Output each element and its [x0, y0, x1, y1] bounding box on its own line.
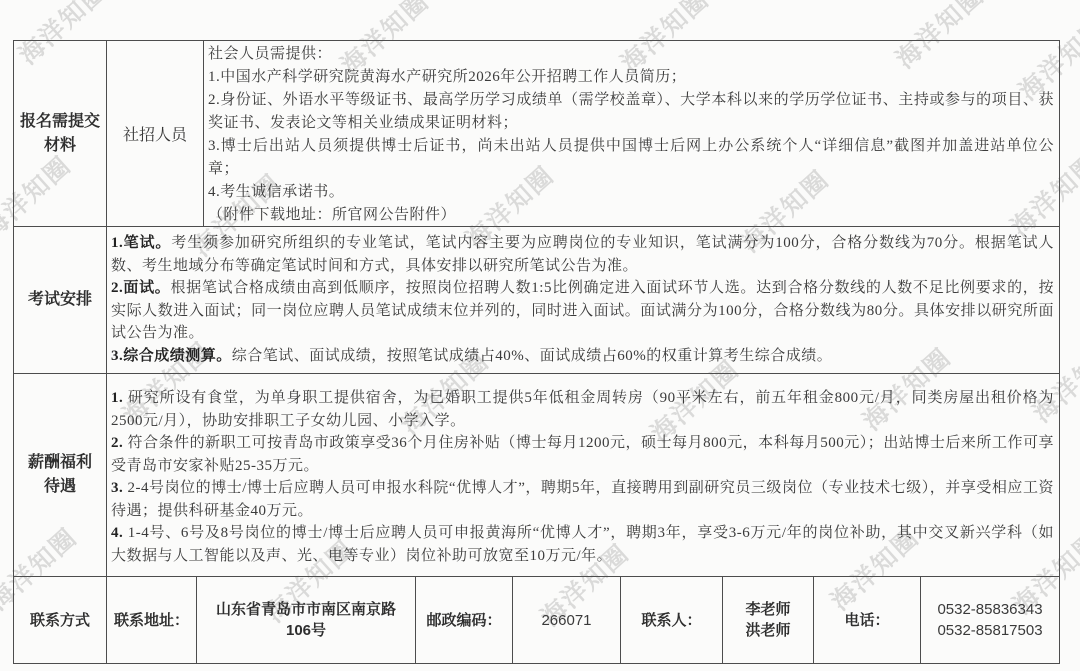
- benefits-item-lead: 4.: [111, 525, 123, 541]
- contact-person-label: 联系人：: [621, 577, 723, 663]
- benefits-item: 1. 研究所设有食堂，为单身职工提供宿舍，为已婚职工提供5年低租金周转房（90平…: [111, 387, 1054, 432]
- table-row-exam: 考试安排 1.笔试。考生须参加研究所组织的专业笔试，笔试内容主要为应聘岗位的专业…: [14, 227, 1059, 374]
- benefits-item-text: 2-4号岗位的博士/博士后应聘人员可申报水科院“优博人才”，聘期5年，直接聘用到…: [111, 480, 1054, 519]
- contact-person-name: 洪老师: [745, 620, 790, 641]
- row-label-line: 材料: [44, 134, 76, 158]
- cell-benefits-content: 1. 研究所设有食堂，为单身职工提供宿舍，为已婚职工提供5年低租金周转房（90平…: [107, 374, 1059, 576]
- exam-item: 3.综合成绩测算。综合笔试、面试成绩，按照笔试成绩占40%、面试成绩占60%的权…: [111, 345, 1054, 368]
- exam-item-lead: 3.综合成绩测算。: [111, 348, 232, 364]
- exam-item-text: 根据笔试合格成绩由高到低顺序，按照岗位招聘人数1:5比例确定进入面试环节人选。达…: [111, 280, 1054, 341]
- benefits-item-lead: 1.: [111, 390, 123, 406]
- benefits-item-lead: 2.: [111, 435, 123, 451]
- benefits-item: 3. 2-4号岗位的博士/博士后应聘人员可申报水科院“优博人才”，聘期5年，直接…: [111, 477, 1054, 522]
- row-label-materials: 报名需提交 材料: [14, 41, 107, 226]
- contact-zip-text: 266071: [541, 610, 591, 631]
- materials-item: 2.身份证、外语水平等级证书、最高学历学习成绩单（需学校盖章）、大学本科以来的学…: [208, 89, 1054, 135]
- contact-phone-number: 0532-85836343: [937, 599, 1042, 620]
- contact-address-label-text: 联系地址：: [114, 610, 189, 631]
- cell-exam-content: 1.笔试。考生须参加研究所组织的专业笔试，笔试内容主要为应聘岗位的专业知识，笔试…: [107, 227, 1059, 373]
- contact-phone-number: 0532-85817503: [937, 620, 1042, 641]
- table-row-benefits: 薪酬福利 待遇 1. 研究所设有食堂，为单身职工提供宿舍，为已婚职工提供5年低租…: [14, 374, 1059, 577]
- cell-materials-content: 社会人员需提供： 1.中国水产科学研究院黄海水产研究所2026年公开招聘工作人员…: [204, 41, 1059, 226]
- exam-item-text: 综合笔试、面试成绩，按照笔试成绩占40%、面试成绩占60%的权重计算考生综合成绩…: [232, 348, 833, 364]
- exam-item-text: 考生须参加研究所组织的专业笔试，笔试内容主要为应聘岗位的专业知识，笔试满分为10…: [111, 235, 1054, 274]
- contact-phone-label: 电话：: [814, 577, 921, 663]
- candidate-type-label: 社招人员: [123, 122, 187, 145]
- contact-phone-label-text: 电话：: [844, 610, 889, 631]
- benefits-item-text: 1-4号、6号及8号岗位的博士/博士后应聘人员可申报黄海所“优博人才”，聘期3年…: [111, 525, 1054, 564]
- materials-attachment-note: （附件下载地址：所官网公告附件）: [208, 204, 1054, 226]
- row-label-benefits: 薪酬福利 待遇: [14, 374, 107, 576]
- materials-intro: 社会人员需提供：: [208, 43, 1054, 66]
- materials-item: 3.博士后出站人员须提供博士后证书，尚未出站人员提供中国博士后网上办公系统个人“…: [208, 135, 1054, 181]
- row-label-contact: 联系方式: [14, 577, 107, 663]
- contact-person-name: 李老师: [745, 599, 790, 620]
- exam-item: 2.面试。根据笔试合格成绩由高到低顺序，按照岗位招聘人数1:5比例确定进入面试环…: [111, 277, 1054, 345]
- contact-zip-label-text: 邮政编码：: [426, 610, 501, 631]
- benefits-item: 4. 1-4号、6号及8号岗位的博士/博士后应聘人员可申报黄海所“优博人才”，聘…: [111, 522, 1054, 567]
- exam-item-lead: 1.笔试。: [111, 235, 171, 251]
- contact-zip-value: 266071: [513, 577, 621, 663]
- benefits-item-text: 研究所设有食堂，为单身职工提供宿舍，为已婚职工提供5年低租金周转房（90平米左右…: [111, 390, 1054, 429]
- contact-address-value: 山东省青岛市市南区南京路106号: [197, 577, 416, 663]
- row-label-line: 待遇: [44, 475, 76, 499]
- document-page: 海洋知圈 海洋知圈 海洋知圈 海洋知圈 海洋知圈 海洋知圈 海洋知圈 海洋知圈 …: [0, 0, 1080, 671]
- cell-candidate-type: 社招人员: [107, 41, 204, 226]
- contact-person-label-text: 联系人：: [641, 610, 701, 631]
- table-row-contact: 联系方式 联系地址： 山东省青岛市市南区南京路106号 邮政编码： 266071…: [14, 577, 1059, 663]
- row-label-line: 薪酬福利: [28, 451, 92, 475]
- exam-item: 1.笔试。考生须参加研究所组织的专业笔试，笔试内容主要为应聘岗位的专业知识，笔试…: [111, 232, 1054, 277]
- benefits-item: 2. 符合条件的新职工可按青岛市政策享受36个月住房补贴（博士每月1200元，硕…: [111, 432, 1054, 477]
- row-label-line: 考试安排: [28, 288, 92, 312]
- contact-person-value: 李老师 洪老师: [723, 577, 814, 663]
- row-label-exam: 考试安排: [14, 227, 107, 373]
- benefits-item-lead: 3.: [111, 480, 123, 496]
- contact-zip-label: 邮政编码：: [416, 577, 513, 663]
- materials-item: 4.考生诚信承诺书。: [208, 181, 1054, 204]
- benefits-item-text: 符合条件的新职工可按青岛市政策享受36个月住房补贴（博士每月1200元，硕士每月…: [111, 435, 1054, 474]
- contact-address-label: 联系地址：: [107, 577, 197, 663]
- materials-item: 1.中国水产科学研究院黄海水产研究所2026年公开招聘工作人员简历；: [208, 66, 1054, 89]
- row-label-line: 联系方式: [30, 610, 90, 631]
- contact-address-text: 山东省青岛市市南区南京路106号: [205, 599, 407, 641]
- contact-phone-value: 0532-85836343 0532-85817503: [921, 577, 1059, 663]
- recruitment-info-table: 报名需提交 材料 社招人员 社会人员需提供： 1.中国水产科学研究院黄海水产研究…: [13, 40, 1060, 664]
- row-label-line: 报名需提交: [20, 110, 100, 134]
- exam-item-lead: 2.面试。: [111, 280, 171, 296]
- table-row-materials: 报名需提交 材料 社招人员 社会人员需提供： 1.中国水产科学研究院黄海水产研究…: [14, 41, 1059, 227]
